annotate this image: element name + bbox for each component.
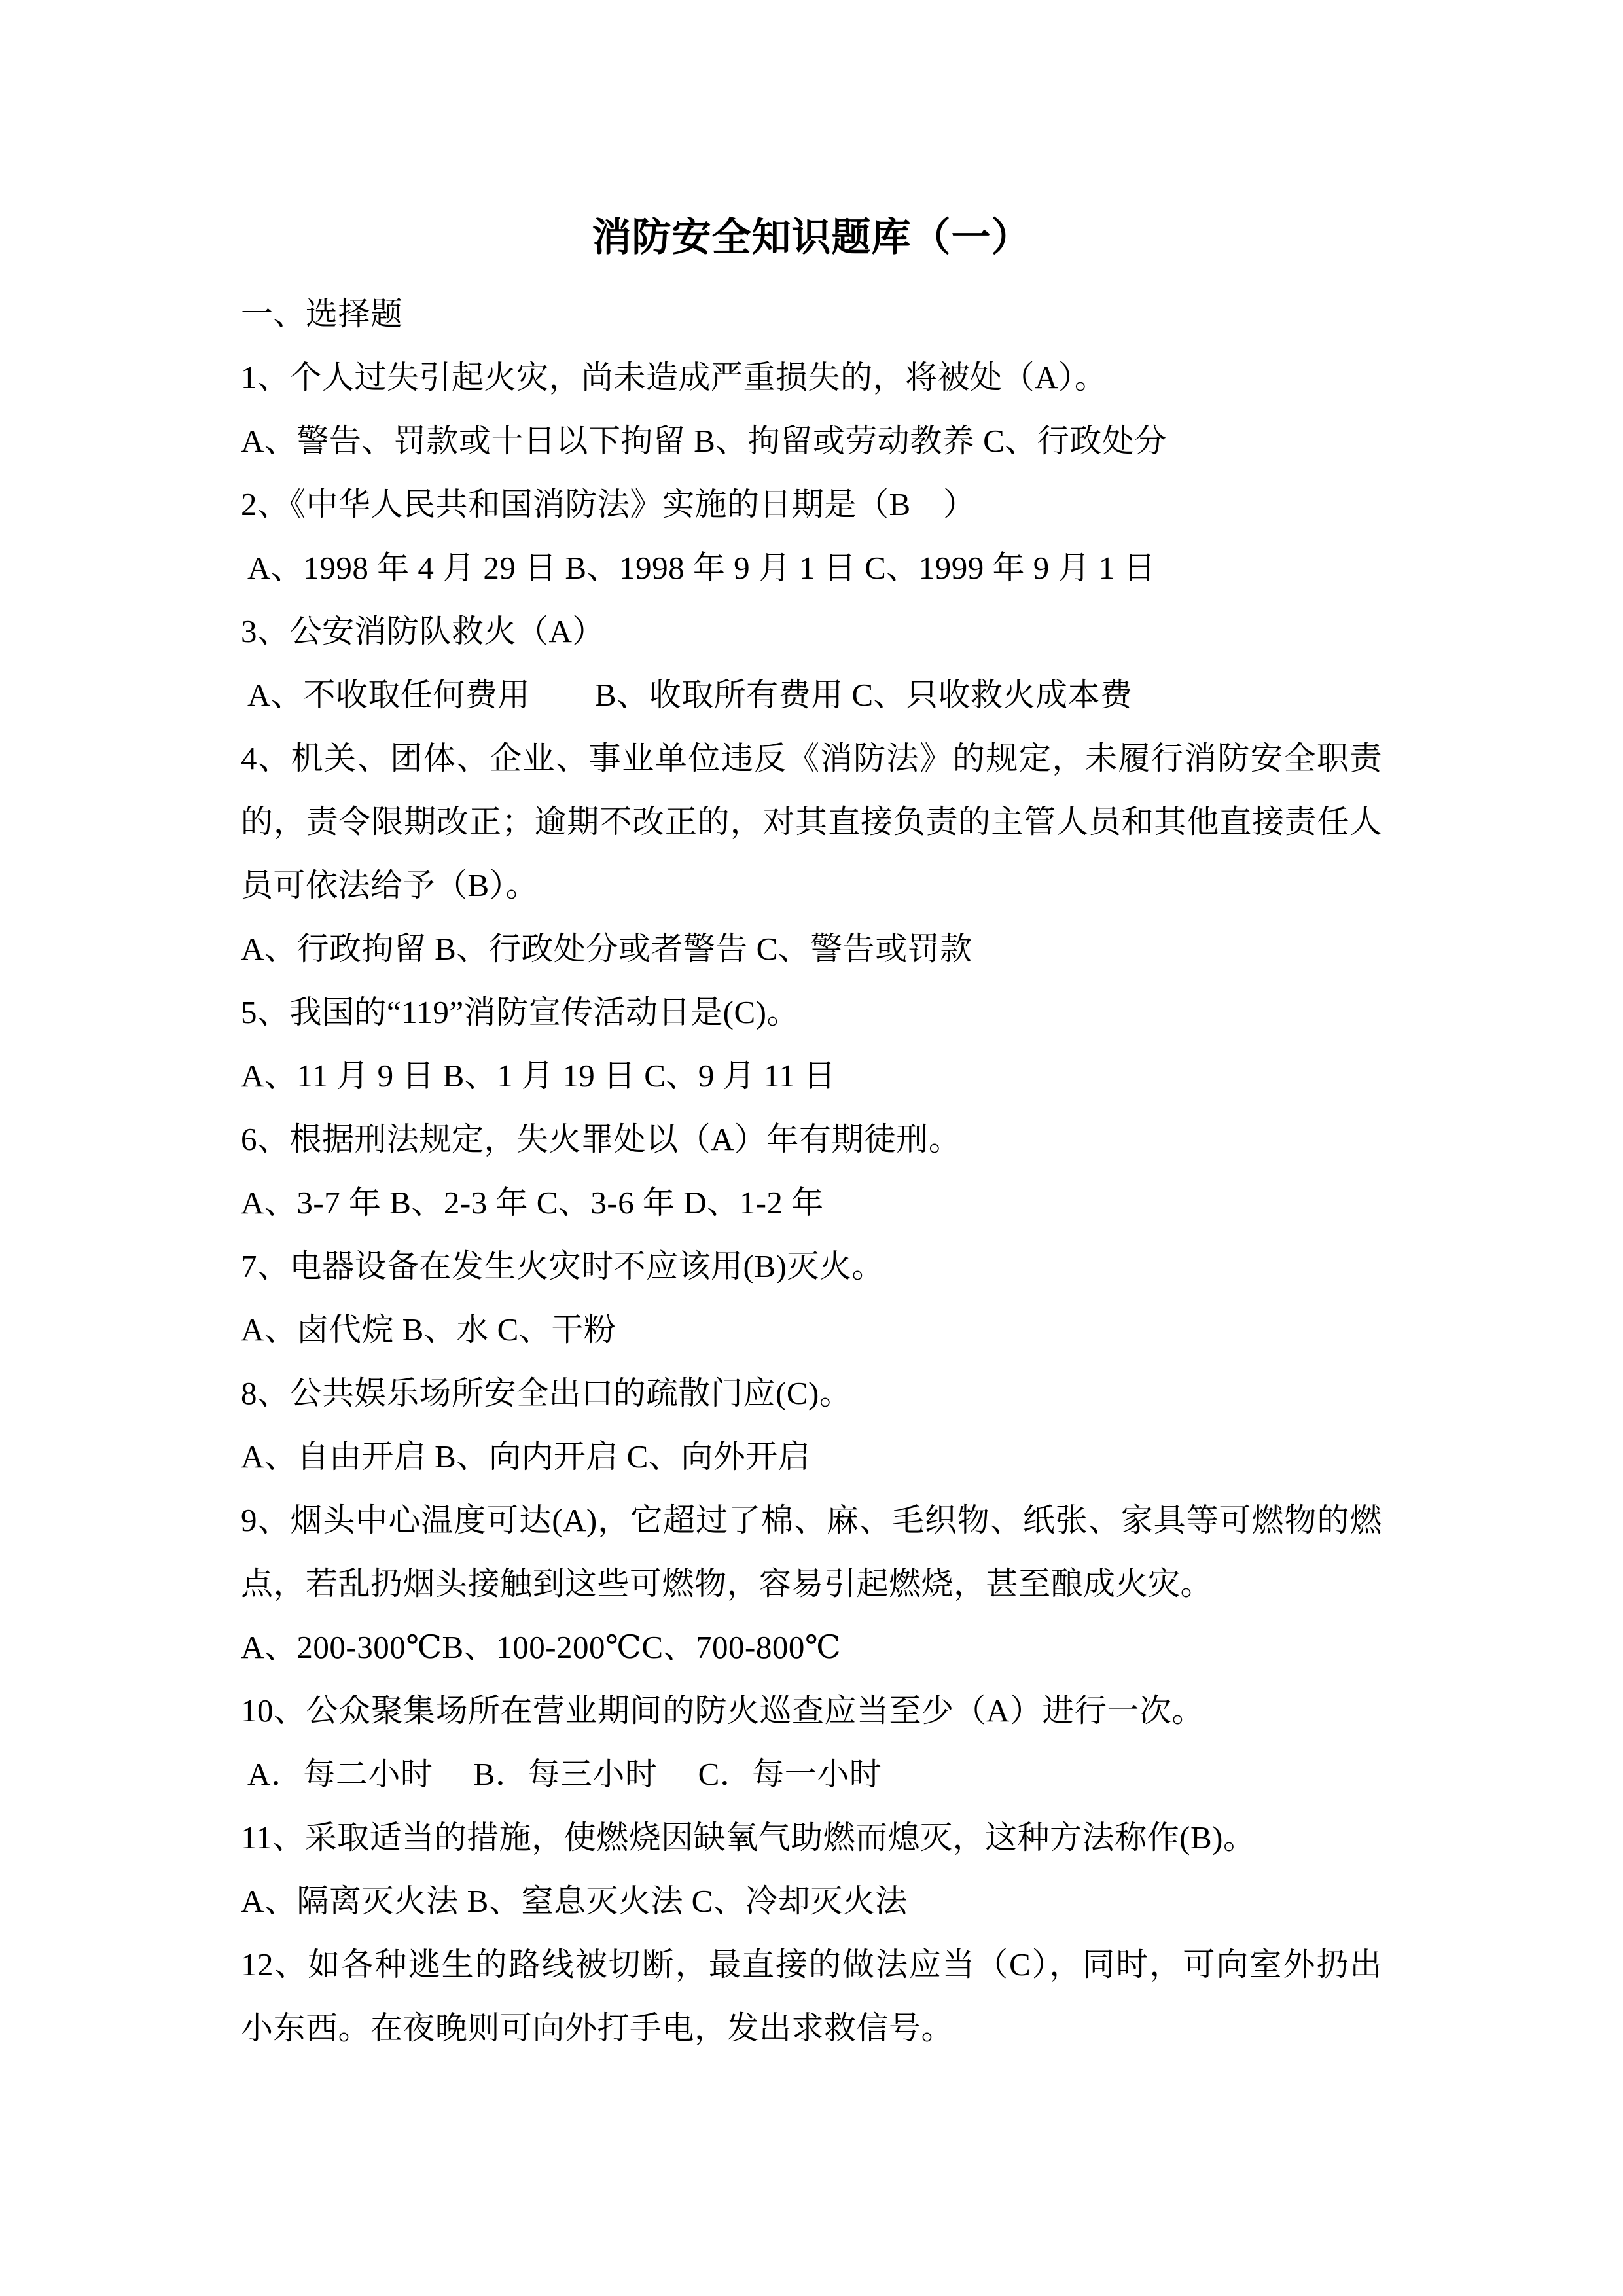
document-title: 消防安全知识题库（一） <box>0 0 1623 262</box>
text-line: 3、公安消防队救火（A） <box>241 600 1382 663</box>
text-line: A．每二小时 B．每三小时 C．每一小时 <box>241 1742 1382 1806</box>
text-line: A、警告、罚款或十日以下拘留 B、拘留或劳动教养 C、行政处分 <box>241 409 1382 473</box>
text-line: A、隔离灭火法 B、窒息灭火法 C、冷却灭火法 <box>241 1869 1382 1933</box>
text-line: A、自由开启 B、向内开启 C、向外开启 <box>241 1425 1382 1488</box>
text-line: A、卤代烷 B、水 C、干粉 <box>241 1298 1382 1361</box>
document-page: 消防安全知识题库（一） 一、选择题1、个人过失引起火灾，尚未造成严重损失的，将被… <box>0 0 1623 2296</box>
text-line: A、1998 年 4 月 29 日 B、1998 年 9 月 1 日 C、199… <box>241 536 1382 600</box>
text-line: 的，责令限期改正；逾期不改正的，对其直接负责的主管人员和其他直接责任人 <box>241 790 1382 853</box>
text-line: 9、烟头中心温度可达(A)，它超过了棉、麻、毛织物、纸张、家具等可燃物的燃 <box>241 1488 1382 1552</box>
text-line: 小东西。在夜晚则可向外打手电，发出求救信号。 <box>241 1996 1382 2060</box>
text-line: 6、根据刑法规定，失火罪处以（A）年有期徒刑。 <box>241 1107 1382 1171</box>
text-line: A、200-300℃B、100-200℃C、700-800℃ <box>241 1615 1382 1679</box>
text-line: 员可依法给予（B）。 <box>241 853 1382 917</box>
text-line: 12、如各种逃生的路线被切断，最直接的做法应当（C），同时，可向室外扔出 <box>241 1933 1382 1996</box>
text-line: 2、《中华人民共和国消防法》实施的日期是（B ） <box>241 473 1382 536</box>
text-line: 10、公众聚集场所在营业期间的防火巡查应当至少（A）进行一次。 <box>241 1679 1382 1742</box>
text-line: 1、个人过失引起火灾，尚未造成严重损失的，将被处（A）。 <box>241 346 1382 409</box>
text-line: A、行政拘留 B、行政处分或者警告 C、警告或罚款 <box>241 917 1382 980</box>
document-body: 一、选择题1、个人过失引起火灾，尚未造成严重损失的，将被处（A）。A、警告、罚款… <box>0 282 1623 2060</box>
text-line: A、3-7 年 B、2-3 年 C、3-6 年 D、1-2 年 <box>241 1171 1382 1234</box>
text-line: 4、机关、团体、企业、事业单位违反《消防法》的规定，未履行消防安全职责 <box>241 726 1382 790</box>
text-line: 一、选择题 <box>241 282 1382 346</box>
text-line: 8、公共娱乐场所安全出口的疏散门应(C)。 <box>241 1361 1382 1425</box>
text-line: 11、采取适当的措施，使燃烧因缺氧气助燃而熄灭，这种方法称作(B)。 <box>241 1806 1382 1869</box>
text-line: 点，若乱扔烟头接触到这些可燃物，容易引起燃烧，甚至酿成火灾。 <box>241 1552 1382 1615</box>
text-line: A、11 月 9 日 B、1 月 19 日 C、9 月 11 日 <box>241 1044 1382 1107</box>
text-line: A、不收取任何费用 B、收取所有费用 C、只收救火成本费 <box>241 663 1382 726</box>
text-line: 7、电器设备在发生火灾时不应该用(B)灭火。 <box>241 1234 1382 1298</box>
text-line: 5、我国的“119”消防宣传活动日是(C)。 <box>241 980 1382 1044</box>
